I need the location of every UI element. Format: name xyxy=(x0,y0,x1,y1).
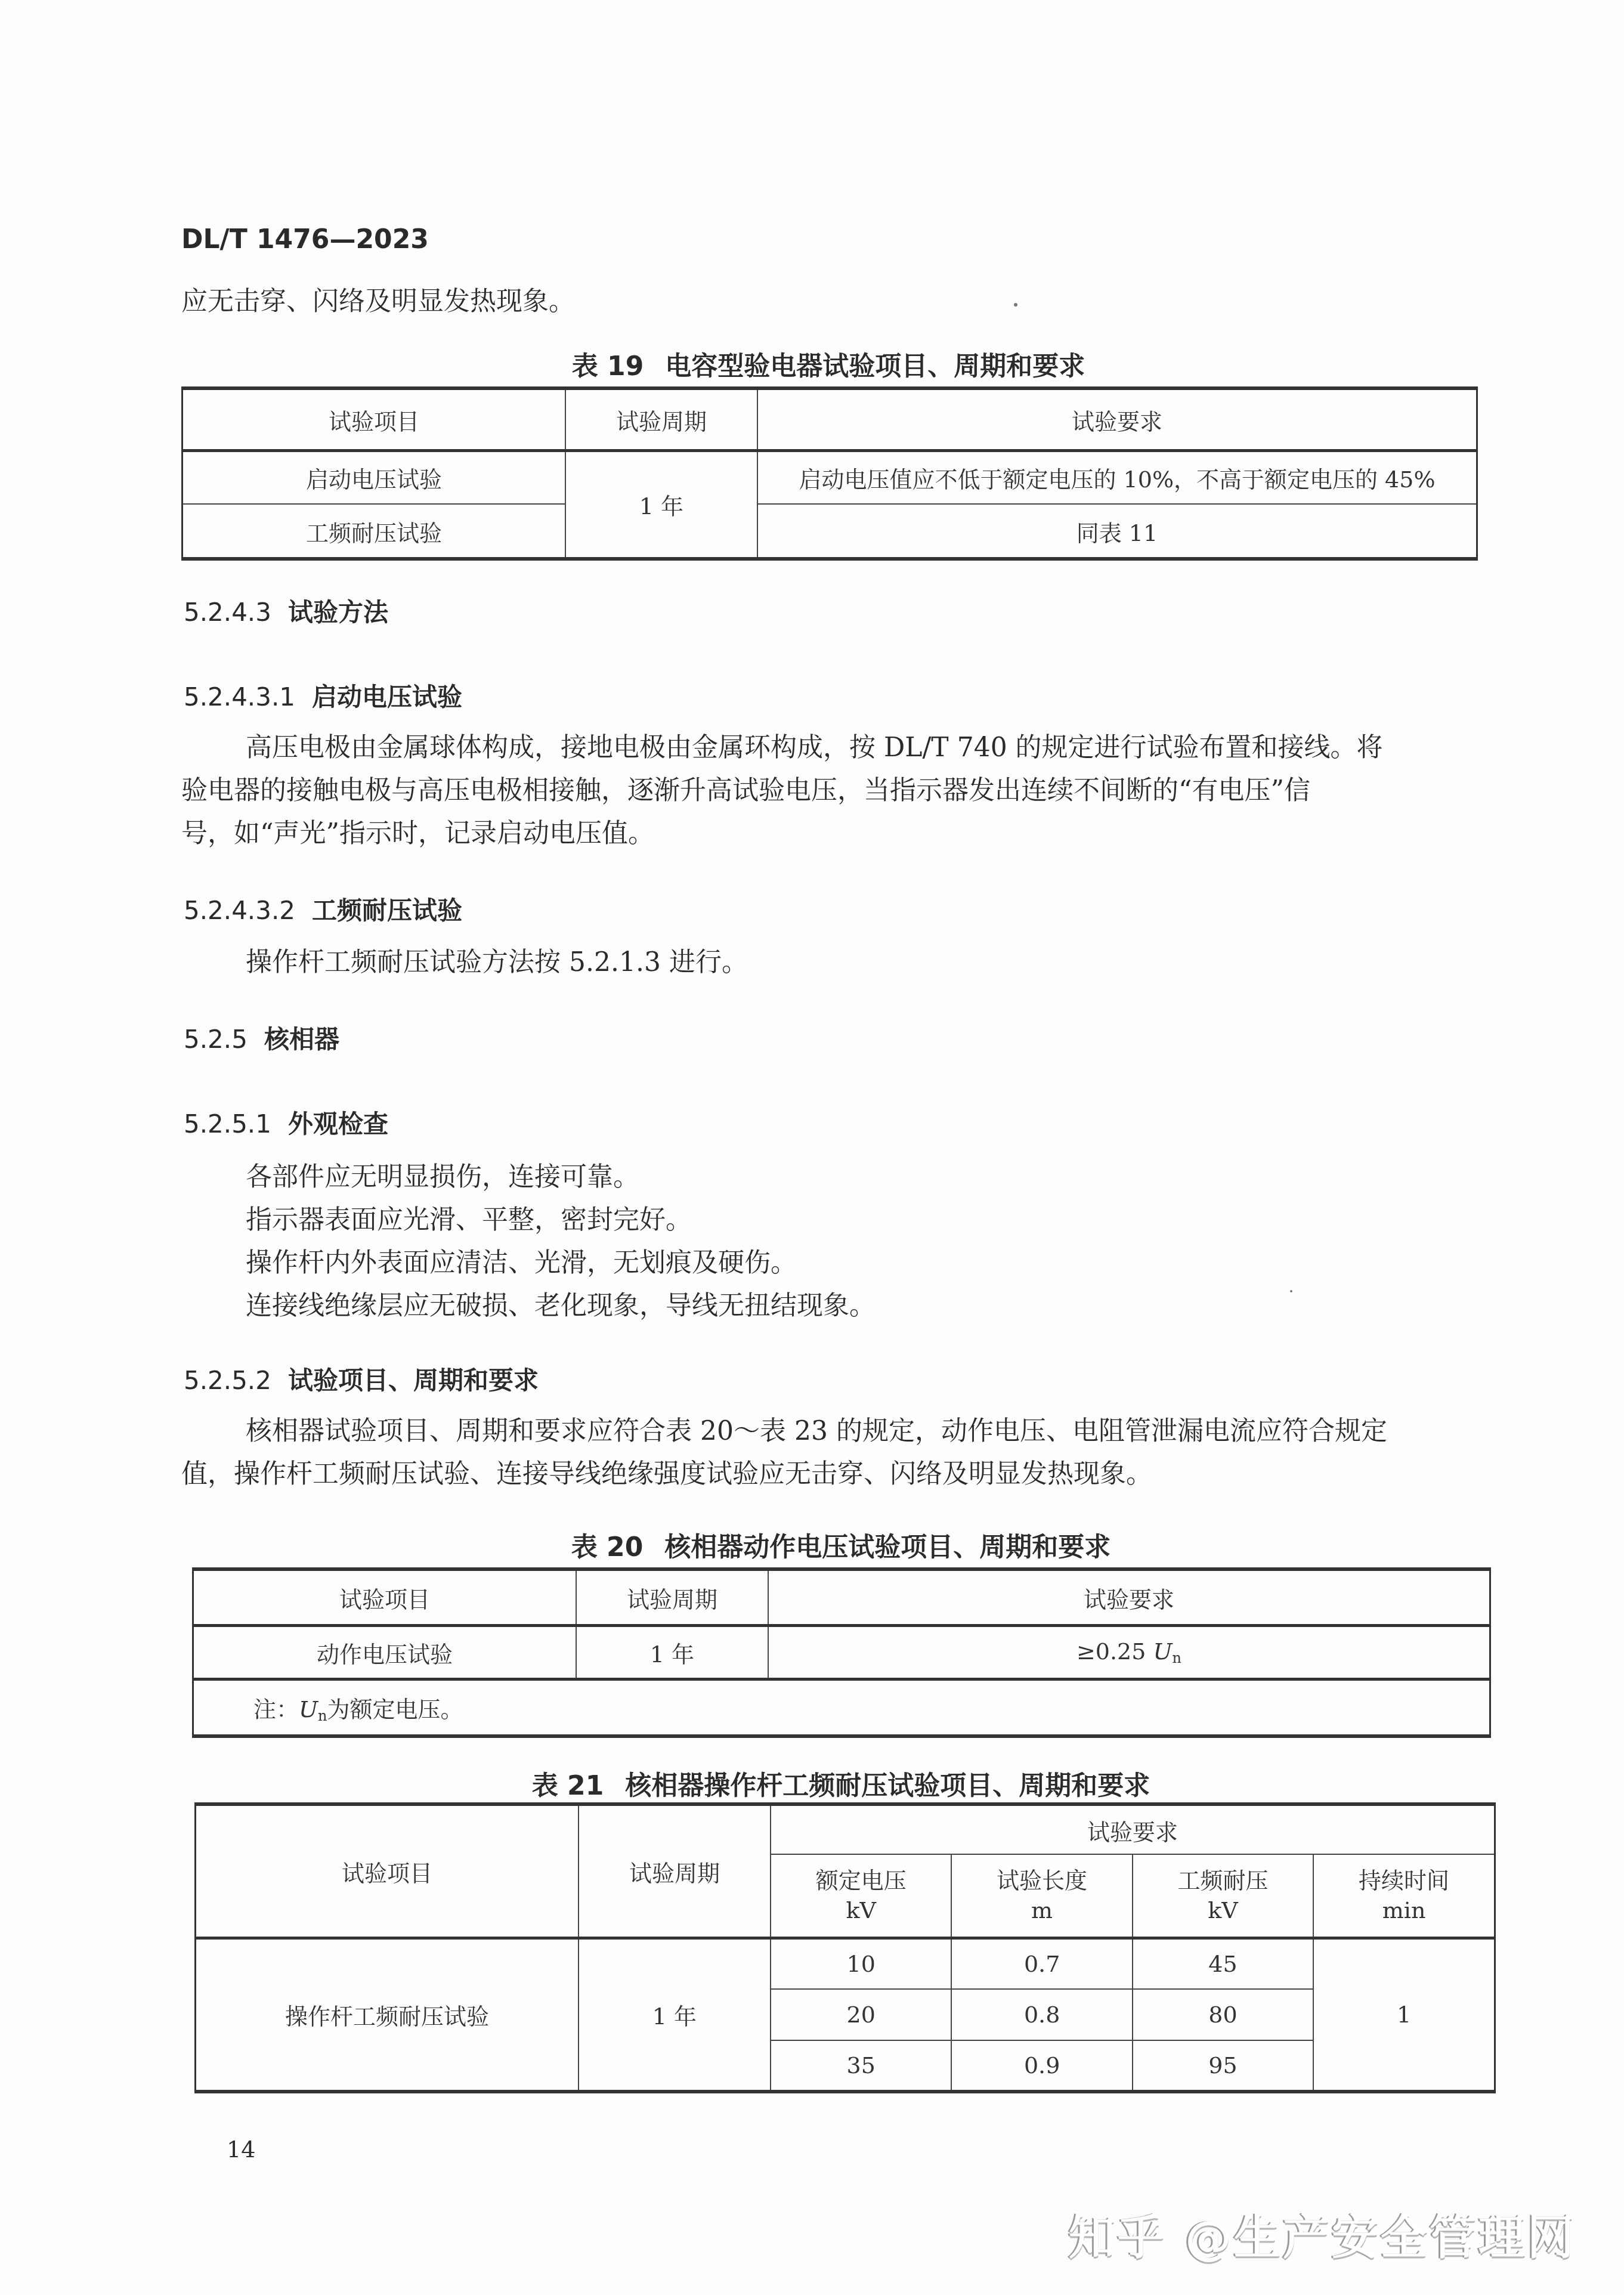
section-5-2-4-3-2-heading: 5.2.4.3.2工频耐压试验 xyxy=(184,891,462,927)
table19-title: 电容型验电器试验项目、周期和要求 xyxy=(665,351,1085,382)
table-row: 操作杆工频耐压试验 1 年 10 0.7 45 1 xyxy=(196,1938,1495,1989)
table21-row1-withstand: 45 xyxy=(1133,1938,1313,1989)
table19-header-item: 试验项目 xyxy=(182,388,566,450)
intro-line: 应无击穿、闪络及明显发热现象。 xyxy=(181,280,575,323)
table20-row-requirement: ≥0.25 Un xyxy=(768,1625,1490,1679)
table20-number: 表 20 xyxy=(571,1532,644,1563)
section-5-2-4-3-1-heading: 5.2.4.3.1启动电压试验 xyxy=(184,678,462,713)
table21-subheader-voltage: 额定电压kV xyxy=(771,1854,951,1938)
zhihu-watermark: 知乎 @生产安全管理网 xyxy=(1069,2201,1576,2268)
table21-row3-withstand: 95 xyxy=(1133,2040,1313,2092)
section-5-2-5-1-heading: 5.2.5.1外观检查 xyxy=(184,1105,388,1140)
table21-row2-voltage: 20 xyxy=(771,1989,951,2040)
section-5-2-5-heading: 5.2.5核相器 xyxy=(184,1020,339,1056)
inspection-line-1: 各部件应无明显损伤，连接可靠。 xyxy=(246,1156,639,1199)
table21-row3-length: 0.9 xyxy=(951,2040,1132,2092)
table19-header-period: 试验周期 xyxy=(565,388,757,450)
table-row: 动作电压试验 1 年 ≥0.25 Un xyxy=(193,1625,1490,1679)
table21-header-requirement: 试验要求 xyxy=(771,1804,1495,1854)
table21-subheader-length: 试验长度m xyxy=(951,1854,1132,1938)
table19-row2-requirement: 同表 11 xyxy=(757,504,1477,559)
table20-row-period: 1 年 xyxy=(576,1625,768,1679)
table21-row1-voltage: 10 xyxy=(771,1938,951,1989)
table19-number: 表 19 xyxy=(572,351,644,382)
table20-title: 核相器动作电压试验项目、周期和要求 xyxy=(664,1532,1110,1563)
table20-note: 注：Un为额定电压。 xyxy=(193,1679,1490,1736)
page-number: 14 xyxy=(227,2136,255,2163)
inspection-line-2: 指示器表面应光滑、平整，密封完好。 xyxy=(246,1199,692,1242)
table20-header-requirement: 试验要求 xyxy=(768,1569,1490,1625)
table21-subheader-withstand: 工频耐压kV xyxy=(1133,1854,1313,1938)
table21-caption: 表 21核相器操作杆工频耐压试验项目、周期和要求 xyxy=(191,1764,1491,1802)
table20: 试验项目 试验周期 试验要求 动作电压试验 1 年 ≥0.25 Un 注：Un为… xyxy=(192,1567,1491,1738)
section-5-2-4-3-heading: 5.2.4.3试验方法 xyxy=(184,593,388,629)
section-5-2-4-3-1-line3: 号，如“声光”指示时，记录启动电压值。 xyxy=(181,812,654,855)
table-row: 启动电压试验 1 年 启动电压值应不低于额定电压的 10%，不高于额定电压的 4… xyxy=(182,450,1477,504)
table20-row-item: 动作电压试验 xyxy=(193,1625,577,1679)
table21-title: 核相器操作杆工频耐压试验项目、周期和要求 xyxy=(625,1771,1150,1801)
table19-caption: 表 19电容型验电器试验项目、周期和要求 xyxy=(181,345,1475,383)
table21-header-period: 试验周期 xyxy=(579,1804,771,1938)
table19-row2-item: 工频耐压试验 xyxy=(182,504,566,559)
table19-header-requirement: 试验要求 xyxy=(757,388,1477,450)
table21: 试验项目 试验周期 试验要求 额定电压kV 试验长度m 工频耐压kV 持续时间m… xyxy=(194,1802,1496,2093)
table21-header-item: 试验项目 xyxy=(196,1804,579,1938)
table19-period: 1 年 xyxy=(565,450,757,559)
table19: 试验项目 试验周期 试验要求 启动电压试验 1 年 启动电压值应不低于额定电压的… xyxy=(181,386,1478,561)
section-5-2-4-3-2-paragraph: 操作杆工频耐压试验方法按 5.2.1.3 进行。 xyxy=(246,941,748,984)
table21-duration: 1 xyxy=(1313,1938,1495,2092)
table19-row1-requirement: 启动电压值应不低于额定电压的 10%，不高于额定电压的 45% xyxy=(757,450,1477,504)
table21-subheader-duration: 持续时间min xyxy=(1313,1854,1495,1938)
document-id: DL/T 1476—2023 xyxy=(181,224,429,255)
table21-row1-length: 0.7 xyxy=(951,1938,1132,1989)
table21-row2-length: 0.8 xyxy=(951,1989,1132,2040)
table21-row2-withstand: 80 xyxy=(1133,1989,1313,2040)
section-5-2-5-2-line1: 核相器试验项目、周期和要求应符合表 20～表 23 的规定，动作电压、电阻管泄漏… xyxy=(246,1410,1387,1453)
section-5-2-5-2-line2: 值，操作杆工频耐压试验、连接导线绝缘强度试验应无击穿、闪络及明显发热现象。 xyxy=(181,1453,1152,1496)
scan-speck xyxy=(1290,1290,1292,1292)
inspection-line-4: 连接线绝缘层应无破损、老化现象，导线无扭结现象。 xyxy=(246,1285,876,1328)
table21-item: 操作杆工频耐压试验 xyxy=(196,1938,579,2092)
table21-number: 表 21 xyxy=(532,1771,604,1801)
table20-header-item: 试验项目 xyxy=(193,1569,577,1625)
table-row: 工频耐压试验 同表 11 xyxy=(182,504,1477,559)
inspection-line-3: 操作杆内外表面应清洁、光滑，无划痕及硬伤。 xyxy=(246,1242,797,1285)
section-5-2-4-3-1-line2: 验电器的接触电极与高压电极相接触，逐渐升高试验电压，当指示器发出连续不间断的“有… xyxy=(181,769,1310,812)
table21-period: 1 年 xyxy=(579,1938,771,2092)
scan-speck xyxy=(1014,303,1017,307)
section-5-2-5-2-heading: 5.2.5.2试验项目、周期和要求 xyxy=(184,1361,539,1397)
section-5-2-4-3-1-line1: 高压电极由金属球体构成，接地电极由金属环构成，按 DL/T 740 的规定进行试… xyxy=(246,726,1383,769)
table19-row1-item: 启动电压试验 xyxy=(182,450,566,504)
table20-caption: 表 20核相器动作电压试验项目、周期和要求 xyxy=(191,1526,1491,1564)
table21-row3-voltage: 35 xyxy=(771,2040,951,2092)
table20-header-period: 试验周期 xyxy=(576,1569,768,1625)
